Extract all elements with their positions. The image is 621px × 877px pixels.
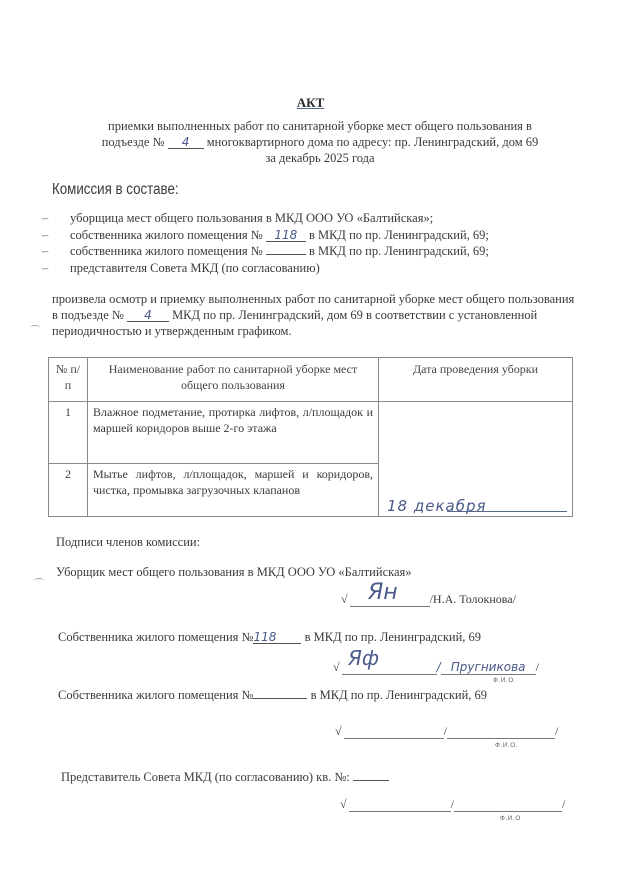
apartment-number-field[interactable]: 118 [266, 229, 306, 242]
cleaner-role: Уборщик мест общего пользования в МКД ОО… [56, 565, 412, 580]
subtitle-line-2: подъезде № 4 многоквартирного дома по ад… [40, 134, 600, 150]
apartment-number-field[interactable] [253, 698, 307, 699]
apartment-number-field[interactable] [266, 254, 306, 255]
subtitle-line-1: приемки выполненных работ по санитарной … [40, 118, 600, 134]
cleaner-signature: Ян [368, 580, 398, 605]
fio-label: Ф.И.О. [493, 677, 516, 684]
signature-field[interactable] [349, 797, 451, 812]
signatures-heading: Подписи членов комиссии: [56, 535, 200, 550]
dash-bullet: – [42, 260, 70, 277]
apartment-number-field[interactable] [353, 780, 389, 781]
entrance-number-field[interactable]: 4 [168, 136, 204, 149]
header-num: № п/п [49, 358, 88, 402]
handwritten-date: 18 декабря [387, 498, 487, 514]
fio-label: Ф.И.О. [495, 742, 518, 749]
dash-bullet: – [42, 210, 70, 227]
fio-label: Ф.И.О [500, 815, 521, 822]
row-work-name: Влажное подметание, протирка лифтов, л/п… [88, 402, 379, 464]
check-mark-icon: √ [341, 592, 348, 606]
document-subtitle: приемки выполненных работ по санитарной … [40, 118, 600, 166]
council-role: Представитель Совета МКД (по согласовани… [61, 770, 389, 785]
dash-bullet: – [42, 227, 70, 244]
signature-field[interactable] [344, 724, 444, 739]
owner-1-role: Собственника жилого помещения №118 в МКД… [58, 630, 481, 645]
row-num: 2 [49, 464, 88, 517]
header-work-name: Наименование работ по санитарной уборке … [88, 358, 379, 402]
scan-margin-mark [30, 325, 40, 330]
owner-2-signature-line: √// [335, 724, 558, 739]
header-date: Дата проведения уборки [379, 358, 573, 402]
owner-2-role: Собственника жилого помещения № в МКД по… [58, 688, 487, 703]
table-header-row: № п/п Наименование работ по санитарной у… [49, 358, 573, 402]
document-title: АКТ [0, 95, 621, 111]
owner-1-signature: Яф [348, 646, 379, 670]
row-num: 1 [49, 402, 88, 464]
check-mark-icon: √ [333, 660, 340, 674]
fio-field[interactable]: Пругникова [441, 660, 536, 675]
dash-bullet: – [42, 243, 70, 260]
council-signature-line: √// [340, 797, 565, 812]
subtitle-line-3: за декабрь 2025 года [40, 150, 600, 166]
entrance-number-field[interactable]: 4 [127, 309, 169, 322]
check-mark-icon: √ [335, 724, 342, 738]
row-work-name: Мытье лифтов, л/площадок, маршей и корид… [88, 464, 379, 517]
date-cell[interactable]: 18 декабря [379, 402, 573, 517]
commission-member-owner-2: –собственника жилого помещения № в МКД п… [42, 243, 489, 260]
cleaner-name: /Н.А. Толокнова/ [430, 592, 516, 606]
intro-paragraph: произвела осмотр и приемку выполненных р… [52, 291, 582, 339]
owner-1-name: Пругникова [451, 660, 526, 674]
check-mark-icon: √ [340, 797, 347, 811]
commission-member-cleaner: –уборщица мест общего пользования в МКД … [42, 210, 489, 227]
fio-field[interactable] [454, 797, 562, 812]
apartment-number-field[interactable]: 118 [253, 631, 301, 644]
commission-members-list: –уборщица мест общего пользования в МКД … [42, 210, 489, 276]
scan-margin-mark [34, 578, 44, 583]
fio-field[interactable] [447, 724, 555, 739]
table-row: 1 Влажное подметание, протирка лифтов, л… [49, 402, 573, 464]
commission-member-owner-1: –собственника жилого помещения № 118 в М… [42, 227, 489, 244]
commission-member-council: –представителя Совета МКД (по согласован… [42, 260, 489, 277]
works-table: № п/п Наименование работ по санитарной у… [48, 357, 573, 517]
commission-heading: Комиссия в составе: [52, 181, 179, 199]
